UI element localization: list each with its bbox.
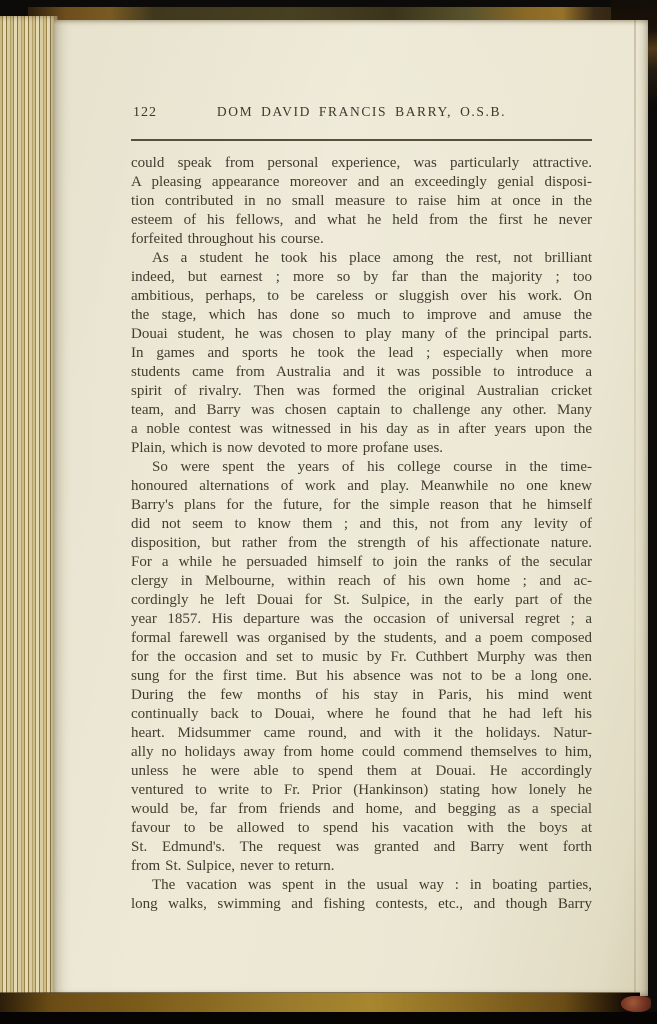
text-line: favour to be allowed to spend his vacati… bbox=[131, 819, 592, 838]
text-line: continually back to Douai, where he foun… bbox=[131, 705, 592, 724]
text-line: disposition, but rather from the strengt… bbox=[131, 534, 592, 553]
text-line: During the few months of his stay in Par… bbox=[131, 686, 592, 705]
marble-endpaper-corner bbox=[621, 996, 651, 1012]
text-line: sung for the first time. But his absence… bbox=[131, 667, 592, 686]
text-line: ally no holidays away from home could co… bbox=[131, 743, 592, 762]
text-line: indeed, but earnest ; more so by far tha… bbox=[131, 268, 592, 287]
running-header: DOM DAVID FRANCIS BARRY, O.S.B. bbox=[131, 104, 592, 120]
page-stack-left-edge bbox=[0, 16, 58, 1002]
text-line: ventured to write to Fr. Prior (Hankinso… bbox=[131, 781, 592, 800]
text-line: ambitious, perhaps, to be careless or sl… bbox=[131, 287, 592, 306]
text-line: Barry's plans for the future, for the si… bbox=[131, 496, 592, 515]
text-line: the stage, which has done so much to imp… bbox=[131, 306, 592, 325]
page-fold-line bbox=[634, 20, 636, 996]
text-line: team, and Barry was chosen captain to ch… bbox=[131, 401, 592, 420]
text-line: year 1857. His departure was the occasio… bbox=[131, 610, 592, 629]
text-line: The vacation was spent in the usual way … bbox=[131, 876, 592, 895]
text-line: heart. Midsummer came round, and with it… bbox=[131, 724, 592, 743]
text-line: would be, far from friends and home, and… bbox=[131, 800, 592, 819]
text-line: In games and sports he took the lead ; e… bbox=[131, 344, 592, 363]
text-line: forfeited throughout his course. bbox=[131, 230, 592, 249]
text-line: unless he were able to spend them at Dou… bbox=[131, 762, 592, 781]
text-line: for the occasion and set to music by Fr.… bbox=[131, 648, 592, 667]
text-line: For a while he persuaded himself to join… bbox=[131, 553, 592, 572]
body-text: could speak from personal experience, wa… bbox=[131, 154, 592, 914]
text-line: could speak from personal experience, wa… bbox=[131, 154, 592, 173]
text-line: A pleasing appearance moreover and an ex… bbox=[131, 173, 592, 192]
page-header: 122 DOM DAVID FRANCIS BARRY, O.S.B. bbox=[131, 104, 592, 124]
text-line: cordingly he left Douai for St. Sulpice,… bbox=[131, 591, 592, 610]
book-top-cover-edge bbox=[28, 7, 657, 20]
text-line: esteem of his fellows, and what he held … bbox=[131, 211, 592, 230]
text-line: St. Edmund's. The request was granted an… bbox=[131, 838, 592, 857]
text-line: Douai student, he was chosen to play man… bbox=[131, 325, 592, 344]
text-line: clergy in Melbourne, within reach of his… bbox=[131, 572, 592, 591]
text-line: long walks, swimming and fishing contest… bbox=[131, 895, 592, 914]
text-line: As a student he took his place among the… bbox=[131, 249, 592, 268]
header-rule bbox=[131, 139, 592, 141]
background-bottom bbox=[0, 1012, 657, 1024]
text-line: a noble contest was witnessed in his day… bbox=[131, 420, 592, 439]
book-page: 122 DOM DAVID FRANCIS BARRY, O.S.B. coul… bbox=[54, 20, 648, 996]
book-bottom-cover-edge bbox=[0, 993, 640, 1014]
text-line: formal farewell was organised by the stu… bbox=[131, 629, 592, 648]
text-line: from St. Sulpice, never to return. bbox=[131, 857, 592, 876]
text-line: did not seem to know them ; and this, no… bbox=[131, 515, 592, 534]
text-line: students came from Australia and it was … bbox=[131, 363, 592, 382]
text-line: tion contributed in no small measure to … bbox=[131, 192, 592, 211]
text-line: Plain, which is now devoted to more prof… bbox=[131, 439, 592, 458]
text-line: spirit of rivalry. Then was formed the o… bbox=[131, 382, 592, 401]
text-line: So were spent the years of his college c… bbox=[131, 458, 592, 477]
text-line: honoured alternations of work and play. … bbox=[131, 477, 592, 496]
